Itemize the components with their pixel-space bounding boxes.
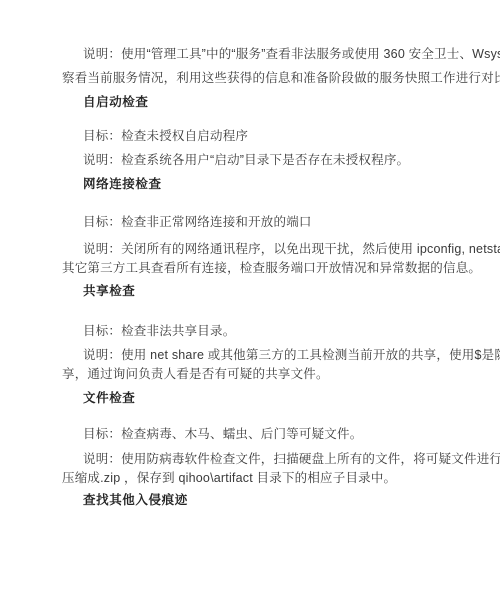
section-heading-file-check: 文件检查 [83, 388, 135, 408]
description-line: 说明：使用防病毒软件检查文件，扫描硬盘上所有的文件，将可疑文件进行提取加密 [83, 449, 500, 469]
description-line: 说明：关闭所有的网络通讯程序，以免出现干扰，然后使用 ipconfig, net… [83, 239, 500, 259]
section-heading-share-check: 共享检查 [83, 281, 135, 301]
goal-line: 目标：检查非正常网络连接和开放的端口 [83, 212, 312, 232]
goal-line: 目标：检查非法共享目录。 [83, 321, 235, 341]
document-page: 说明：使用“管理工具”中的“服务”查看非法服务或使用 360 安全卫士、Wsys… [0, 0, 500, 594]
description-line: 享，通过询问负责人看是否有可疑的共享文件。 [62, 364, 329, 384]
intro-paragraph-line-1: 说明：使用“管理工具”中的“服务”查看非法服务或使用 360 安全卫士、Wsys… [83, 44, 500, 64]
description-line: 压缩成.zip ，保存到 qihoo\artifact 目录下的相应子目录中。 [62, 468, 396, 488]
section-heading-network-check: 网络连接检查 [83, 174, 162, 194]
intro-paragraph-line-2: 察看当前服务情况，利用这些获得的信息和准备阶段做的服务快照工作进行对比。 [62, 68, 500, 88]
description-line: 说明：检查系统各用户“启动”目录下是否存在未授权程序。 [83, 150, 409, 170]
description-line: 说明：使用 net share 或其他第三方的工具检测当前开放的共享，使用$是隐… [83, 345, 500, 365]
description-line: 其它第三方工具查看所有连接，检查服务端口开放情况和异常数据的信息。 [62, 258, 481, 278]
section-heading-other-intrusion-traces: 查找其他入侵痕迹 [83, 490, 188, 510]
goal-line: 目标：检查未授权自启动程序 [83, 126, 248, 146]
goal-line: 目标：检查病毒、木马、蠕虫、后门等可疑文件。 [83, 424, 362, 444]
section-heading-autostart-check: 自启动检查 [83, 92, 149, 112]
